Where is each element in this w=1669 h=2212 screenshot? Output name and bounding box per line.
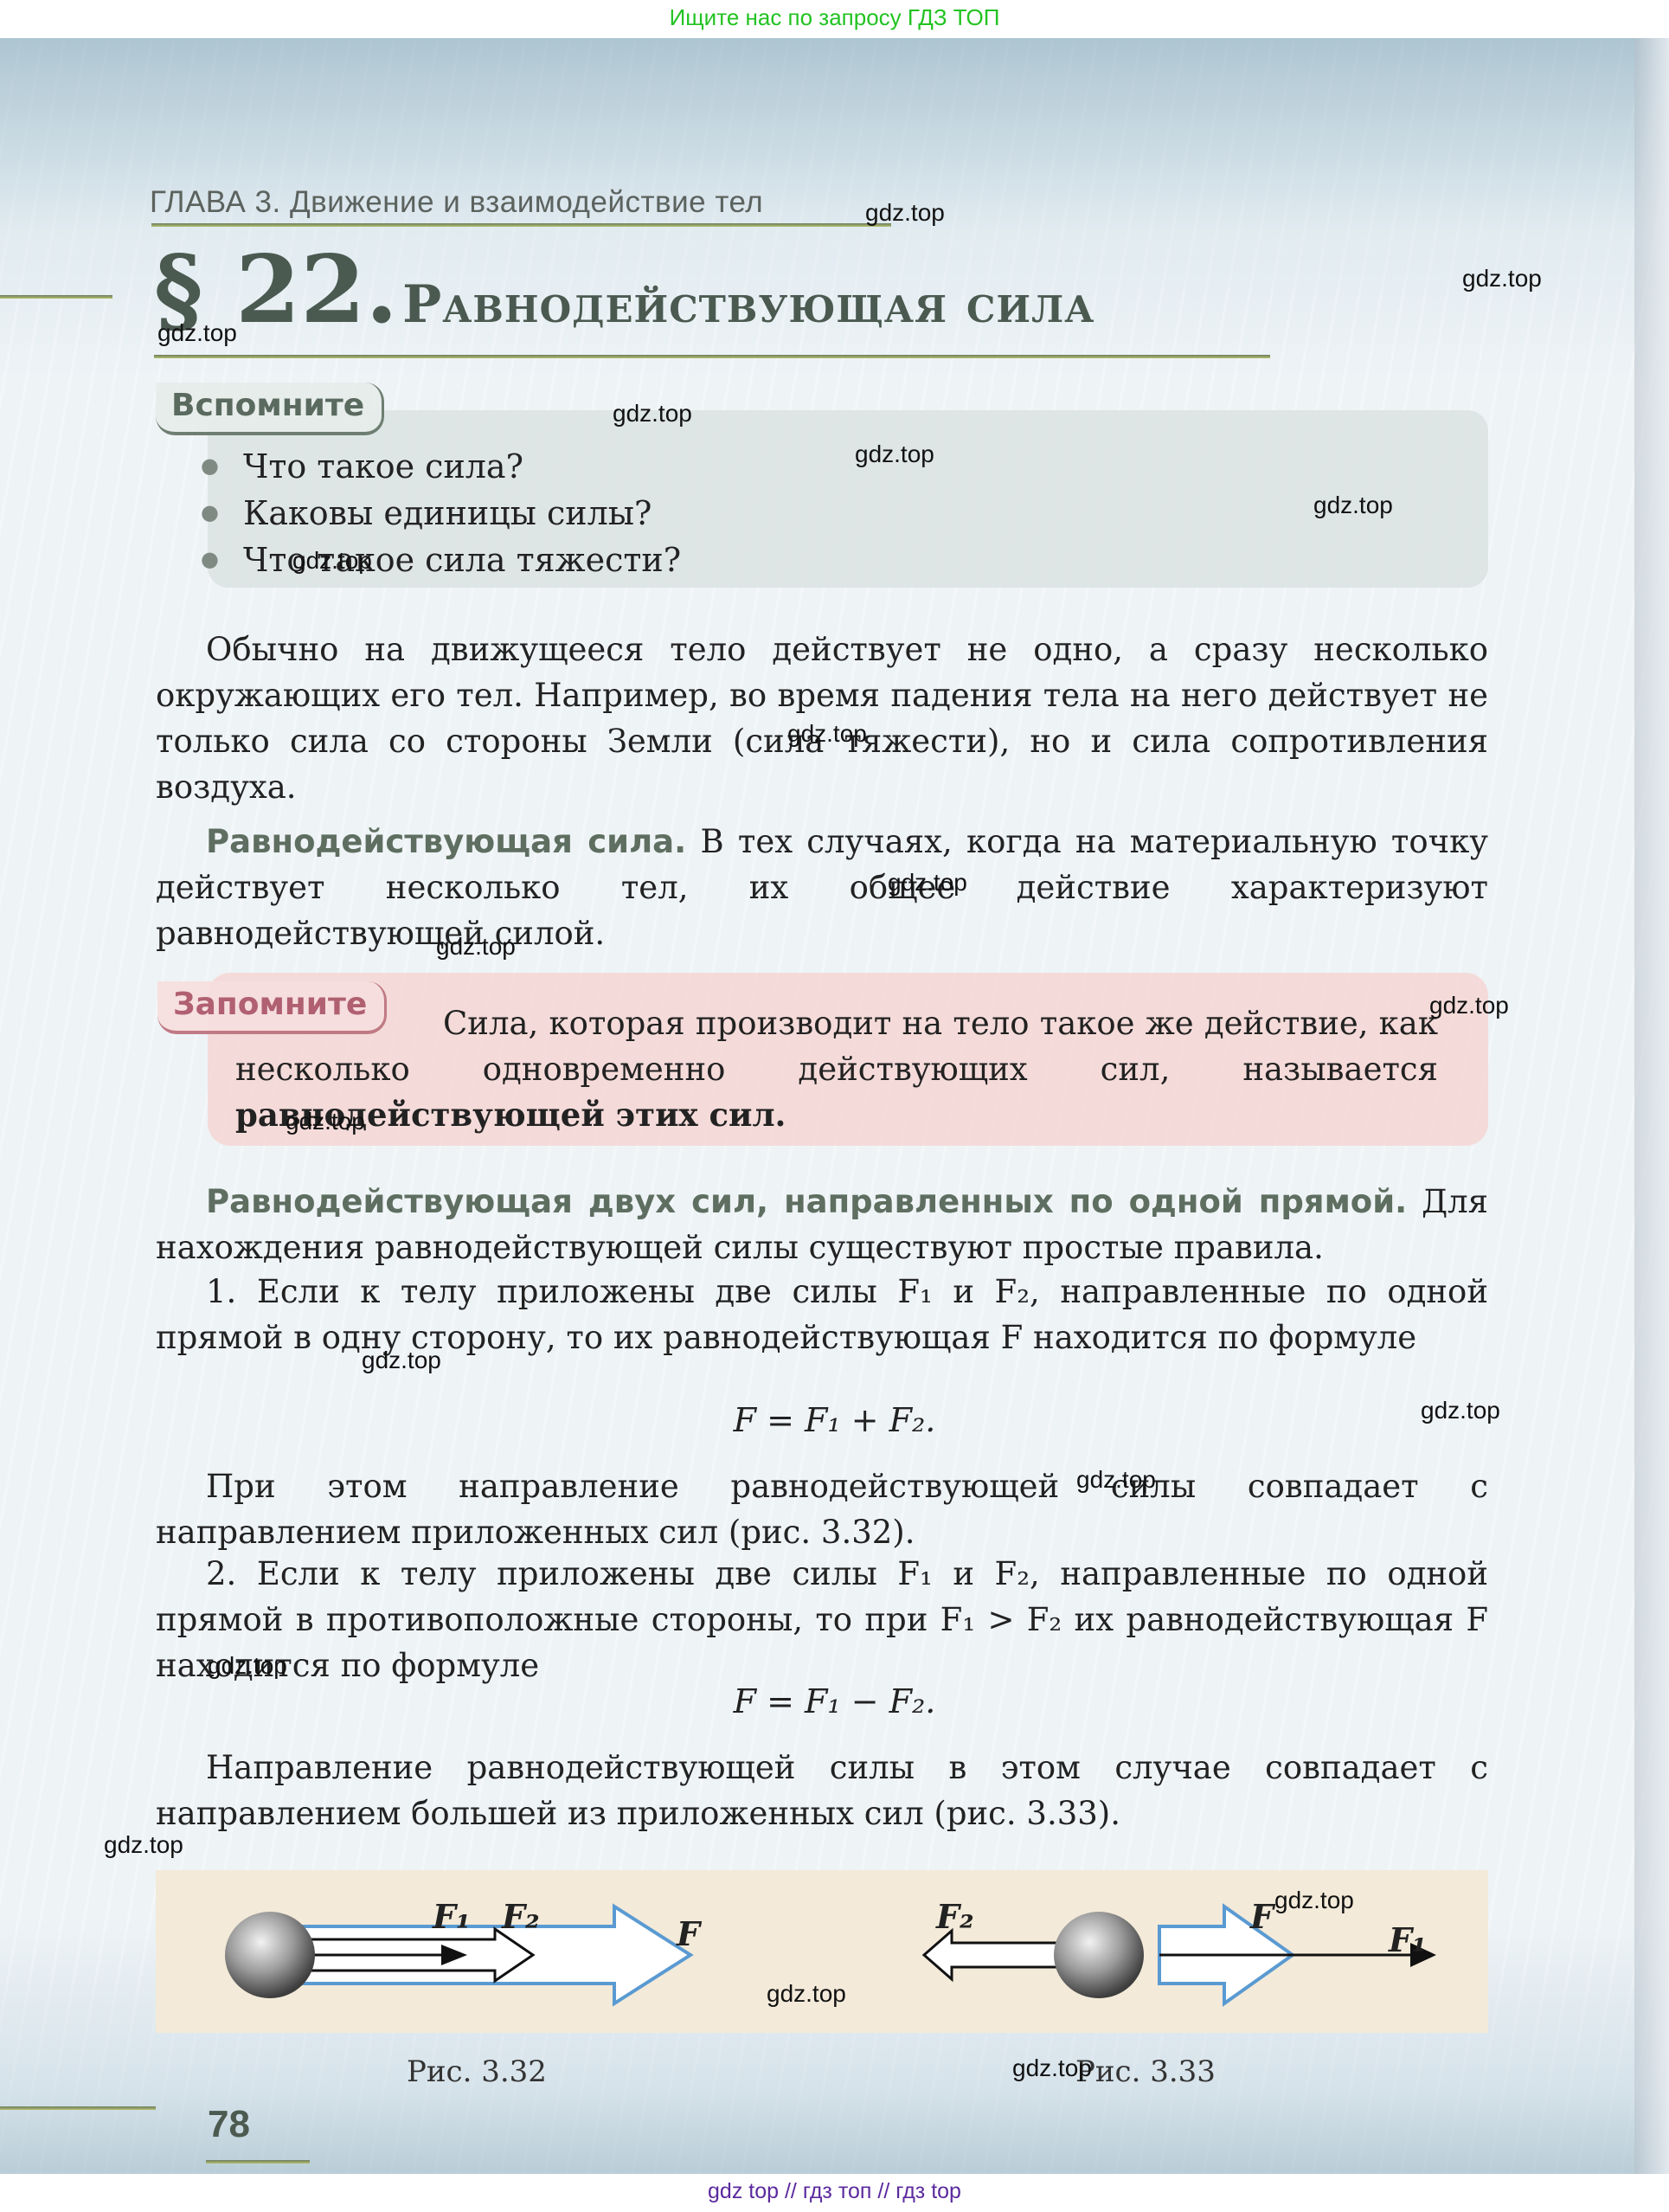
watermark[interactable]: gdz.top — [613, 400, 692, 428]
paragraph-two-forces: Равнодействующая двух сил, направленных … — [156, 1179, 1488, 1270]
label-F2-fig32: F₂ — [502, 1897, 540, 1936]
watermark[interactable]: gdz.top — [787, 720, 867, 748]
chapter-heading: ГЛАВА 3. Движение и взаимодействие тел — [150, 185, 763, 220]
recall-question: Что такое сила тяжести? — [201, 537, 681, 583]
textbook-page: ГЛАВА 3. Движение и взаимодействие тел §… — [0, 38, 1669, 2174]
paragraph-resultant: Равнодействующая сила. В тех случаях, ко… — [156, 819, 1488, 956]
rule-2: 2. Если к телу приложены две силы F₁ и F… — [156, 1551, 1488, 1688]
label-F2-fig33: F₂ — [936, 1897, 974, 1936]
figure-3-33 — [924, 1907, 1436, 2003]
formula-difference: F = F₁ − F₂. — [0, 1682, 1669, 1720]
footer-links[interactable]: gdz top // гдз топ // гдз top — [0, 2174, 1669, 2212]
rule-text: 1. Если к телу приложены две силы F₁ и F… — [156, 1273, 1488, 1356]
watermark[interactable]: gdz.top — [1012, 2054, 1092, 2082]
paragraph-text: Направление равнодействующей силы в этом… — [156, 1749, 1488, 1832]
recall-question: Что такое сила? — [201, 443, 681, 490]
label-F-fig32: F — [677, 1914, 700, 1953]
chapter-rule — [151, 223, 891, 227]
watermark[interactable]: gdz.top — [888, 869, 967, 897]
watermark[interactable]: gdz.top — [855, 440, 934, 468]
watermark[interactable]: gdz.top — [362, 1347, 441, 1374]
watermark[interactable]: gdz.top — [286, 1108, 365, 1135]
page-rule-left — [0, 2106, 156, 2110]
rule-1: 1. Если к телу приложены две силы F₁ и F… — [156, 1269, 1488, 1360]
formula-sum: F = F₁ + F₂. — [0, 1401, 1669, 1439]
recall-questions: Что такое сила? Каковы единицы силы? Что… — [201, 443, 681, 583]
watermark[interactable]: gdz.top — [1274, 1887, 1354, 1914]
watermark[interactable]: gdz.top — [865, 199, 945, 227]
watermark[interactable]: gdz.top — [1313, 492, 1393, 519]
title-rule-left — [0, 295, 112, 299]
title-rule — [154, 355, 1270, 358]
watermark[interactable]: gdz.top — [1421, 1397, 1500, 1424]
watermark[interactable]: gdz.top — [157, 319, 237, 347]
section-title: Равнодействующая сила — [402, 274, 1094, 335]
recall-question: Каковы единицы силы? — [201, 490, 681, 537]
page-title: § 22. Равнодействующая сила — [154, 235, 1094, 344]
recall-badge: Вспомните — [156, 383, 384, 435]
label-F1-fig32: F₁ — [433, 1897, 471, 1936]
paragraph-text: Обычно на движущееся тело действует не о… — [156, 631, 1488, 806]
term-heading: Равнодействующая двух сил, направленных … — [206, 1183, 1407, 1220]
memo-text: Сила, которая производит на тело такое ж… — [235, 1000, 1438, 1138]
figure-caption-3-33: Рис. 3.33 — [1075, 2054, 1216, 2089]
rule-text: 2. Если к телу приложены две силы F₁ и F… — [156, 1555, 1488, 1684]
paragraph-text: При этом направление равнодействующей си… — [156, 1468, 1488, 1551]
watermark[interactable]: gdz.top — [1076, 1466, 1156, 1494]
watermark[interactable]: gdz.top — [208, 1652, 287, 1680]
watermark[interactable]: gdz.top — [767, 1980, 846, 2008]
watermark[interactable]: gdz.top — [436, 933, 516, 961]
top-banner[interactable]: Ищите нас по запросу ГДЗ ТОП — [0, 0, 1669, 38]
page-rule-right — [206, 2160, 310, 2164]
figure-caption-3-32: Рис. 3.32 — [407, 2054, 547, 2089]
watermark[interactable]: gdz.top — [292, 547, 372, 575]
label-F1-fig33: F₁ — [1389, 1920, 1427, 1959]
term-heading: Равнодействующая сила. — [206, 823, 686, 860]
watermark[interactable]: gdz.top — [1462, 265, 1542, 293]
label-F-fig33: F — [1250, 1897, 1274, 1936]
paragraph-direction-2: Направление равнодействующей силы в этом… — [156, 1745, 1488, 1836]
watermark[interactable]: gdz.top — [104, 1831, 183, 1859]
page-number: 78 — [208, 2103, 250, 2146]
paragraph-direction-1: При этом направление равнодействующей си… — [156, 1463, 1488, 1555]
watermark[interactable]: gdz.top — [1429, 992, 1509, 1019]
memo-definition: Сила, которая производит на тело такое ж… — [235, 1005, 1438, 1088]
paragraph-intro: Обычно на движущееся тело действует не о… — [156, 627, 1488, 810]
